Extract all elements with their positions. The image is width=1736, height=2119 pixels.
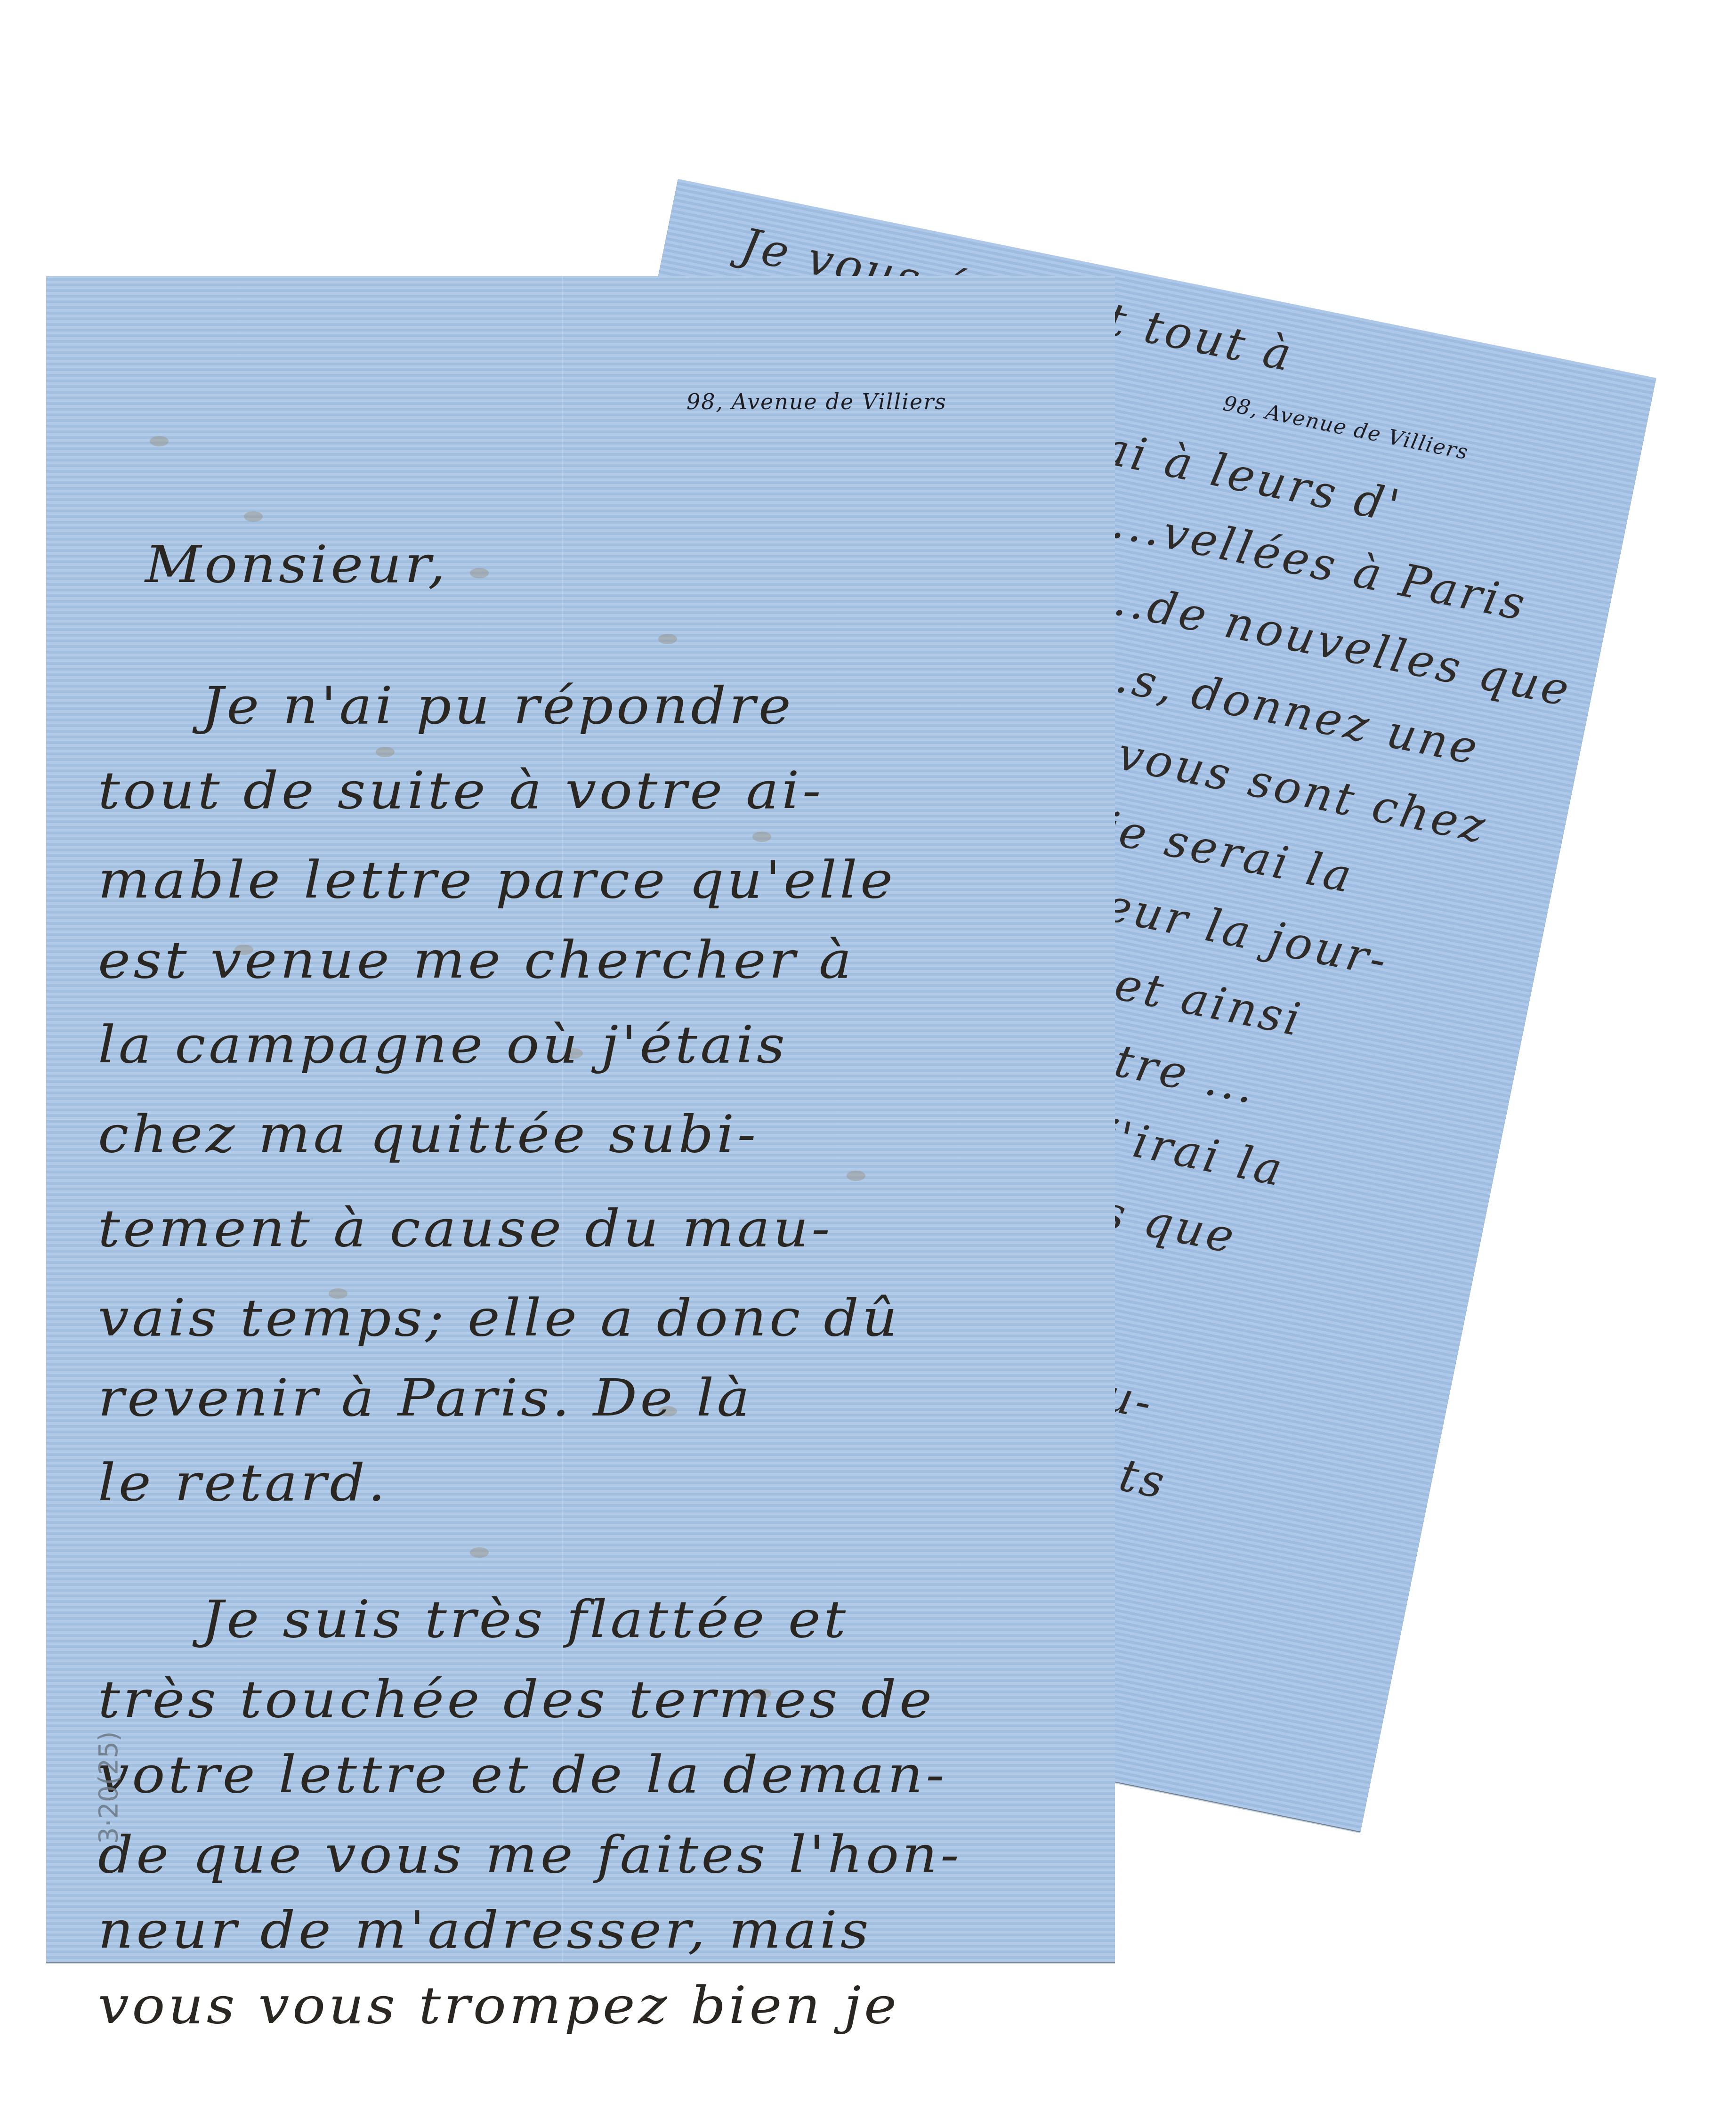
letter-line: chez ma quittée subi- xyxy=(98,1109,759,1160)
ink-bleed-mark xyxy=(244,511,263,522)
ink-bleed-mark xyxy=(150,436,169,446)
letter-line: très touchée des termes de xyxy=(98,1674,935,1725)
front-letterhead: 98, Avenue de Villiers xyxy=(686,389,947,414)
ink-bleed-mark xyxy=(658,634,677,644)
letter-line: Je suis très flattée et xyxy=(202,1594,849,1645)
letter-line: est venue me chercher à xyxy=(98,935,855,986)
ink-bleed-mark xyxy=(470,568,489,578)
letter-line: mable lettre parce qu'elle xyxy=(98,855,896,906)
letter-front-page: 98, Avenue de Villiers Monsieur, Je n'ai… xyxy=(46,276,1115,1962)
letter-line: tout de suite à votre ai- xyxy=(98,766,824,817)
salutation: Monsieur, xyxy=(145,540,448,590)
letter-line: vais temps; elle a donc dû xyxy=(98,1293,900,1344)
letter-line: le retard. xyxy=(98,1458,388,1509)
ink-bleed-mark xyxy=(376,747,395,757)
ink-bleed-mark xyxy=(752,832,771,842)
letter-line: la campagne où j'étais xyxy=(98,1020,788,1071)
letter-line: neur de m'adresser, mais xyxy=(98,1905,872,1956)
archive-pencil-mark: 3·20(25) xyxy=(93,1731,124,1844)
letter-line: de que vous me faites l'hon- xyxy=(98,1830,962,1881)
ink-bleed-mark xyxy=(470,1547,489,1558)
letter-line: Je n'ai pu répondre xyxy=(202,681,794,732)
letter-line: revenir à Paris. De là xyxy=(98,1373,752,1424)
letter-line: votre lettre et de la deman- xyxy=(98,1750,947,1801)
ink-bleed-mark xyxy=(847,1171,865,1181)
letter-line: tement à cause du mau- xyxy=(98,1204,833,1254)
letter-line: vous vous trompez bien je xyxy=(98,1981,899,2031)
